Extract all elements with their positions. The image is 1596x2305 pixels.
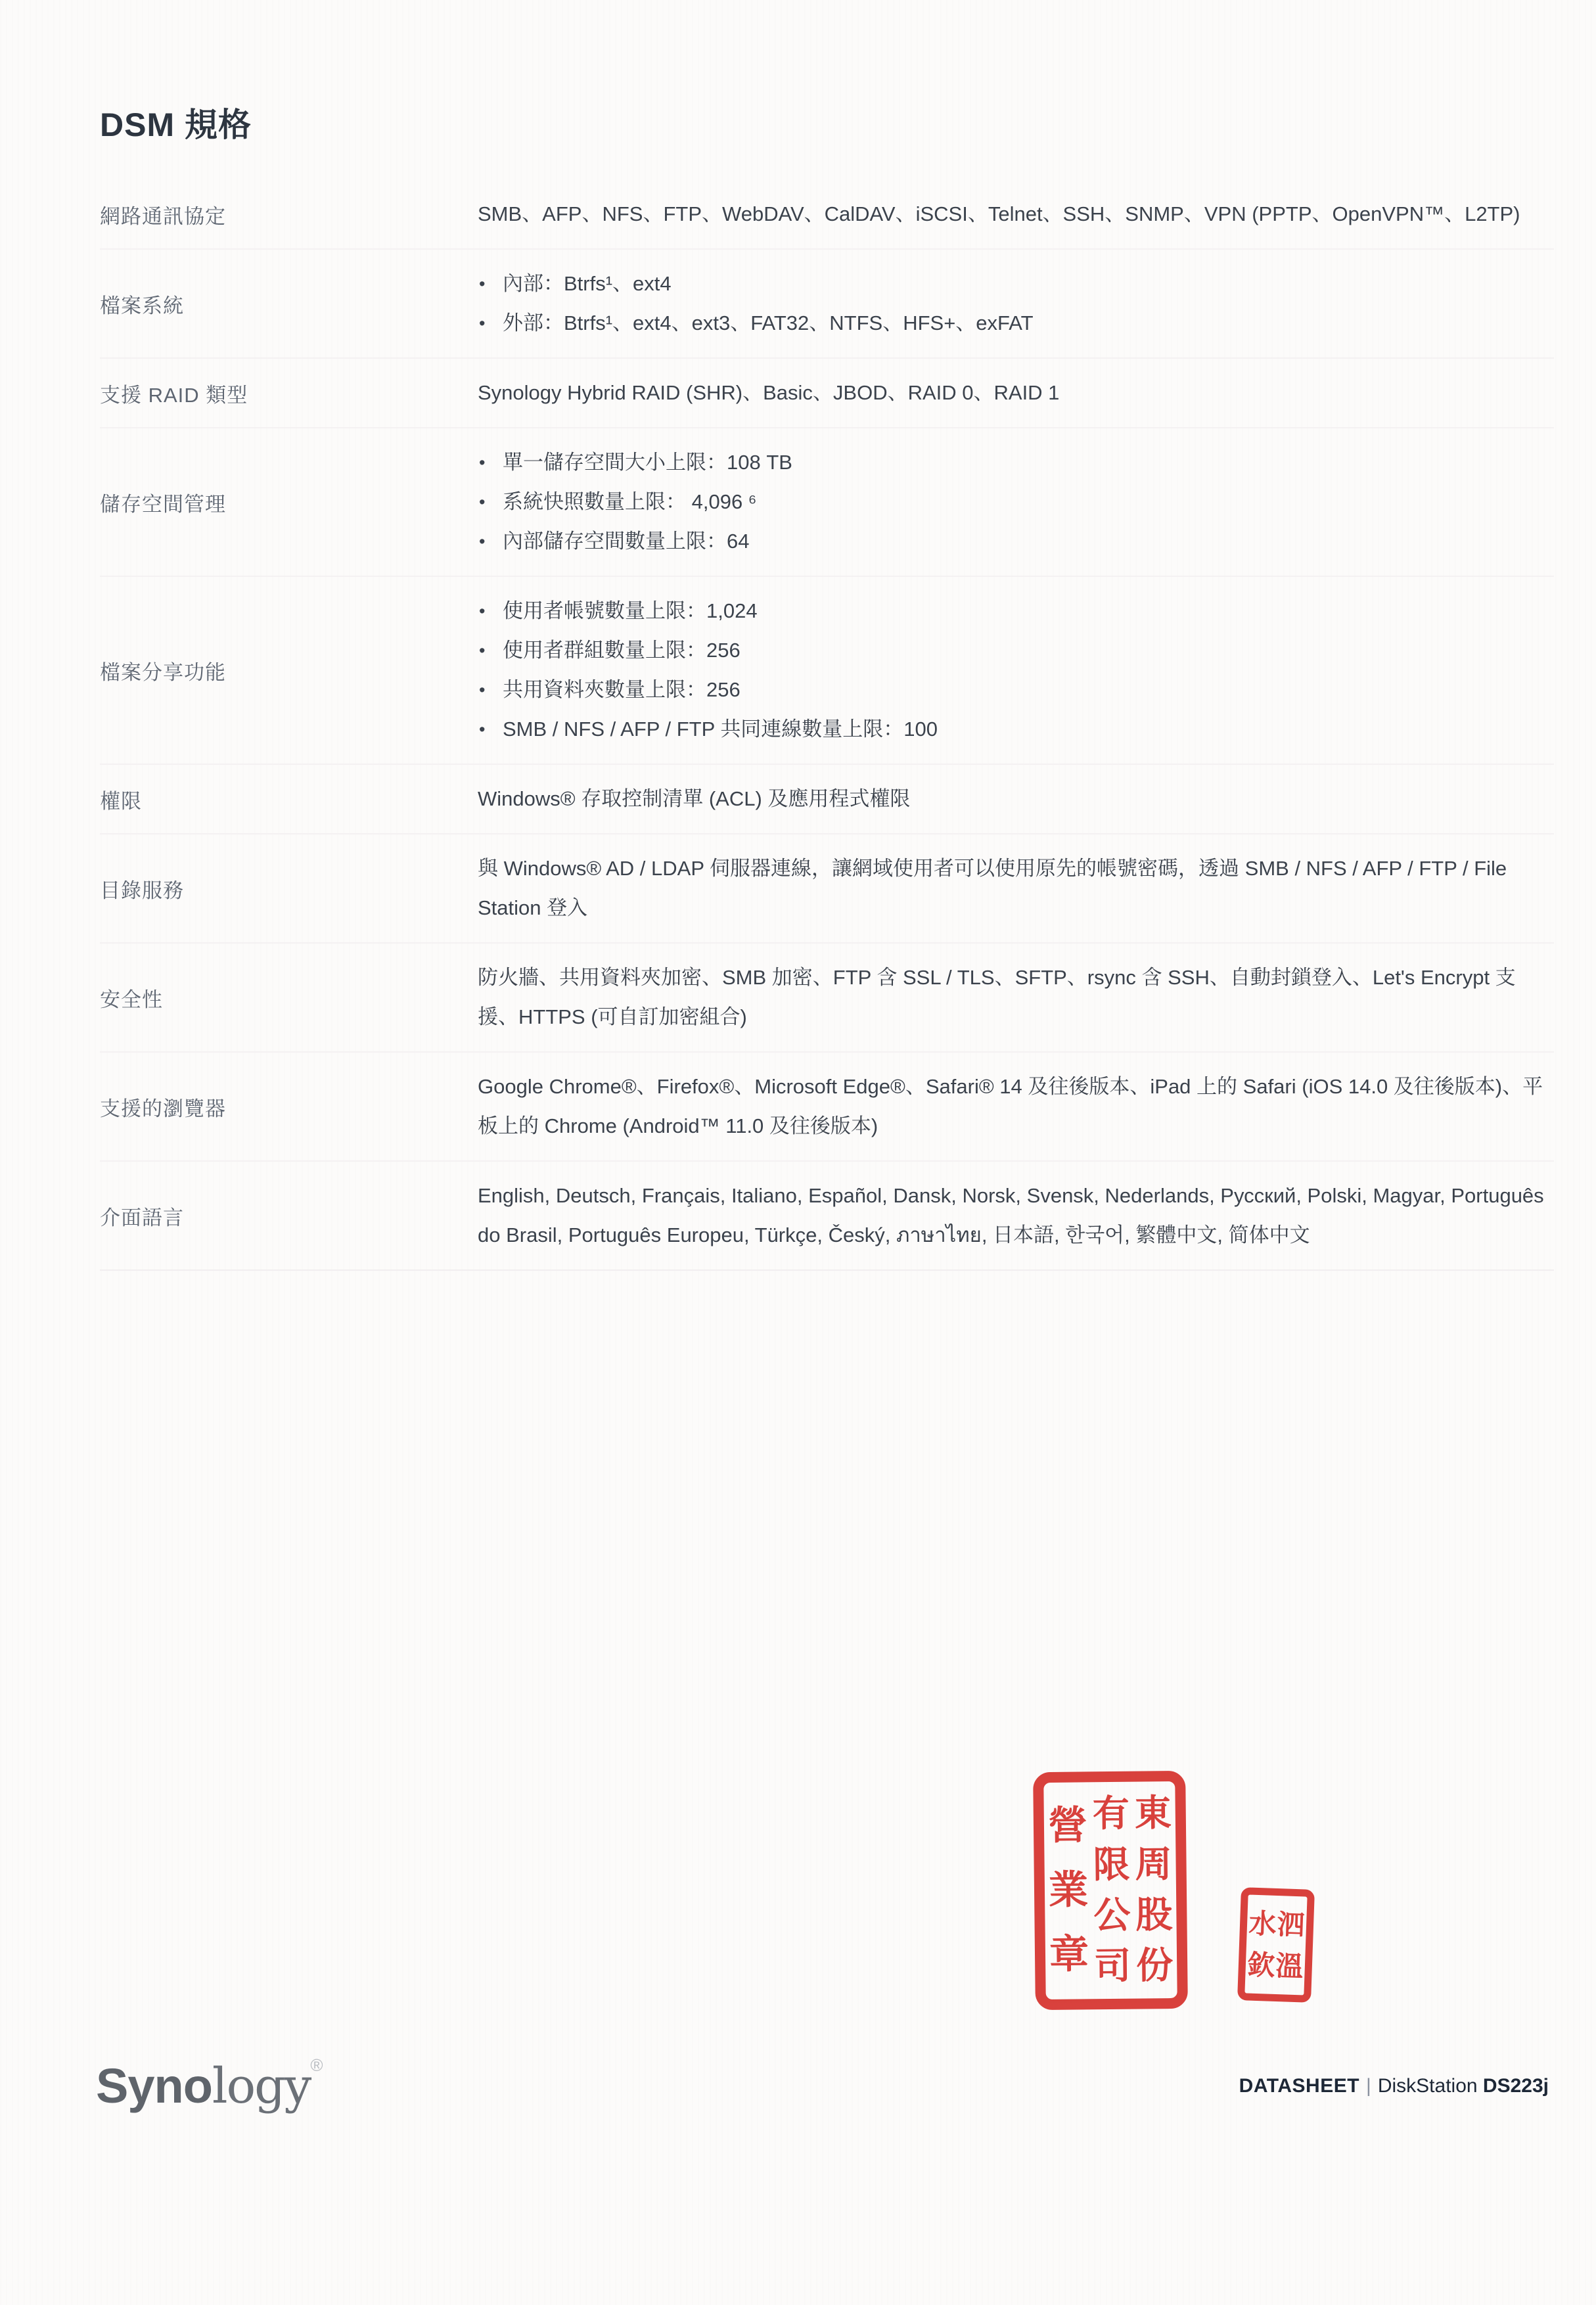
table-row-storage-management: 儲存空間管理 單一儲存空間大小上限：108 TB 系統快照數量上限： 4,096… (100, 428, 1554, 577)
table-row-directory-service: 目錄服務 與 Windows® AD / LDAP 伺服器連線，讓網域使用者可以… (100, 834, 1554, 944)
bullet-list: 內部：Btrfs¹、ext4 外部：Btrfs¹、ext4、ext3、FAT32… (478, 264, 1554, 343)
row-label: 目錄服務 (100, 874, 478, 903)
logo-text-bold: Syno (96, 2059, 212, 2113)
table-row-network-protocols: 網路通訊協定 SMB、AFP、NFS、FTP、WebDAV、CalDAV、iSC… (100, 180, 1554, 250)
model-label: DS223j (1483, 2075, 1549, 2097)
row-value: 與 Windows® AD / LDAP 伺服器連線，讓網域使用者可以使用原先的… (478, 849, 1554, 928)
separator: | (1359, 2075, 1378, 2097)
row-value: Windows® 存取控制清單 (ACL) 及應用程式權限 (478, 779, 1554, 819)
red-company-seal-stamp: 東周股份 有限公司 營業章 (1033, 1771, 1188, 2010)
page-title: DSM 規格 (100, 99, 1596, 146)
list-item: 內部儲存空間數量上限：64 (478, 522, 1554, 561)
red-personal-seal-stamp: 泗溫 水欽 (1237, 1887, 1315, 2003)
table-row-raid-types: 支援 RAID 類型 Synology Hybrid RAID (SHR)、Ba… (100, 359, 1554, 428)
row-value: 內部：Btrfs¹、ext4 外部：Btrfs¹、ext4、ext3、FAT32… (478, 264, 1554, 343)
bullet-list: 單一儲存空間大小上限：108 TB 系統快照數量上限： 4,096 ⁶ 內部儲存… (478, 443, 1554, 561)
seal-column: 水欽 (1246, 1903, 1277, 1986)
seal-column: 有限公司 (1092, 1789, 1131, 1992)
synology-logo: Synology® (96, 2055, 323, 2114)
row-label: 介面語言 (100, 1201, 478, 1231)
spec-table: 網路通訊協定 SMB、AFP、NFS、FTP、WebDAV、CalDAV、iSC… (100, 180, 1554, 1271)
row-label: 安全性 (100, 983, 478, 1013)
table-row-supported-browsers: 支援的瀏覽器 Google Chrome®、Firefox®、Microsoft… (100, 1053, 1554, 1162)
table-row-file-sharing: 檔案分享功能 使用者帳號數量上限：1,024 使用者群組數量上限：256 共用資… (100, 577, 1554, 765)
row-value: 防火牆、共用資料夾加密、SMB 加密、FTP 含 SSL / TLS、SFTP、… (478, 958, 1554, 1037)
row-label: 網路通訊協定 (100, 200, 478, 229)
list-item: 共用資料夾數量上限：256 (478, 670, 1554, 710)
table-row-privileges: 權限 Windows® 存取控制清單 (ACL) 及應用程式權限 (100, 765, 1554, 834)
registered-mark-icon: ® (310, 2055, 323, 2075)
list-item: 使用者群組數量上限：256 (478, 631, 1554, 670)
list-item: 單一儲存空間大小上限：108 TB (478, 443, 1554, 482)
product-line-label: DiskStation (1378, 2075, 1483, 2097)
row-label: 檔案分享功能 (100, 656, 478, 685)
row-value: English, Deutsch, Français, Italiano, Es… (478, 1176, 1554, 1255)
list-item: 使用者帳號數量上限：1,024 (478, 591, 1554, 631)
list-item: 系統快照數量上限： 4,096 ⁶ (478, 482, 1554, 522)
row-label: 支援的瀏覽器 (100, 1092, 478, 1122)
row-value: 使用者帳號數量上限：1,024 使用者群組數量上限：256 共用資料夾數量上限：… (478, 591, 1554, 749)
doc-type-label: DATASHEET (1239, 2075, 1359, 2097)
bullet-list: 使用者帳號數量上限：1,024 使用者群組數量上限：256 共用資料夾數量上限：… (478, 591, 1554, 749)
row-label: 檔案系統 (100, 289, 478, 319)
row-value: SMB、AFP、NFS、FTP、WebDAV、CalDAV、iSCSI、Teln… (478, 194, 1554, 234)
row-label: 權限 (100, 785, 478, 814)
list-item: SMB / NFS / AFP / FTP 共同連線數量上限：100 (478, 710, 1554, 749)
footer-datasheet-label: DATASHEET|DiskStation DS223j (1239, 2075, 1549, 2097)
row-value: Synology Hybrid RAID (SHR)、Basic、JBOD、RA… (478, 373, 1554, 413)
logo-text-light: logy (212, 2058, 310, 2114)
table-row-interface-languages: 介面語言 English, Deutsch, Français, Italian… (100, 1162, 1554, 1271)
seal-column: 營業章 (1047, 1794, 1089, 1988)
table-row-security: 安全性 防火牆、共用資料夾加密、SMB 加密、FTP 含 SSL / TLS、S… (100, 944, 1554, 1053)
row-label: 支援 RAID 類型 (100, 378, 478, 408)
seal-column: 泗溫 (1275, 1904, 1305, 1987)
list-item: 內部：Btrfs¹、ext4 (478, 264, 1554, 304)
row-label: 儲存空間管理 (100, 488, 478, 517)
list-item: 外部：Btrfs¹、ext4、ext3、FAT32、NTFS、HFS+、exFA… (478, 304, 1554, 343)
row-value: Google Chrome®、Firefox®、Microsoft Edge®、… (478, 1067, 1554, 1146)
row-value: 單一儲存空間大小上限：108 TB 系統快照數量上限： 4,096 ⁶ 內部儲存… (478, 443, 1554, 561)
table-row-file-systems: 檔案系統 內部：Btrfs¹、ext4 外部：Btrfs¹、ext4、ext3、… (100, 250, 1554, 359)
seal-column: 東周股份 (1134, 1788, 1173, 1992)
